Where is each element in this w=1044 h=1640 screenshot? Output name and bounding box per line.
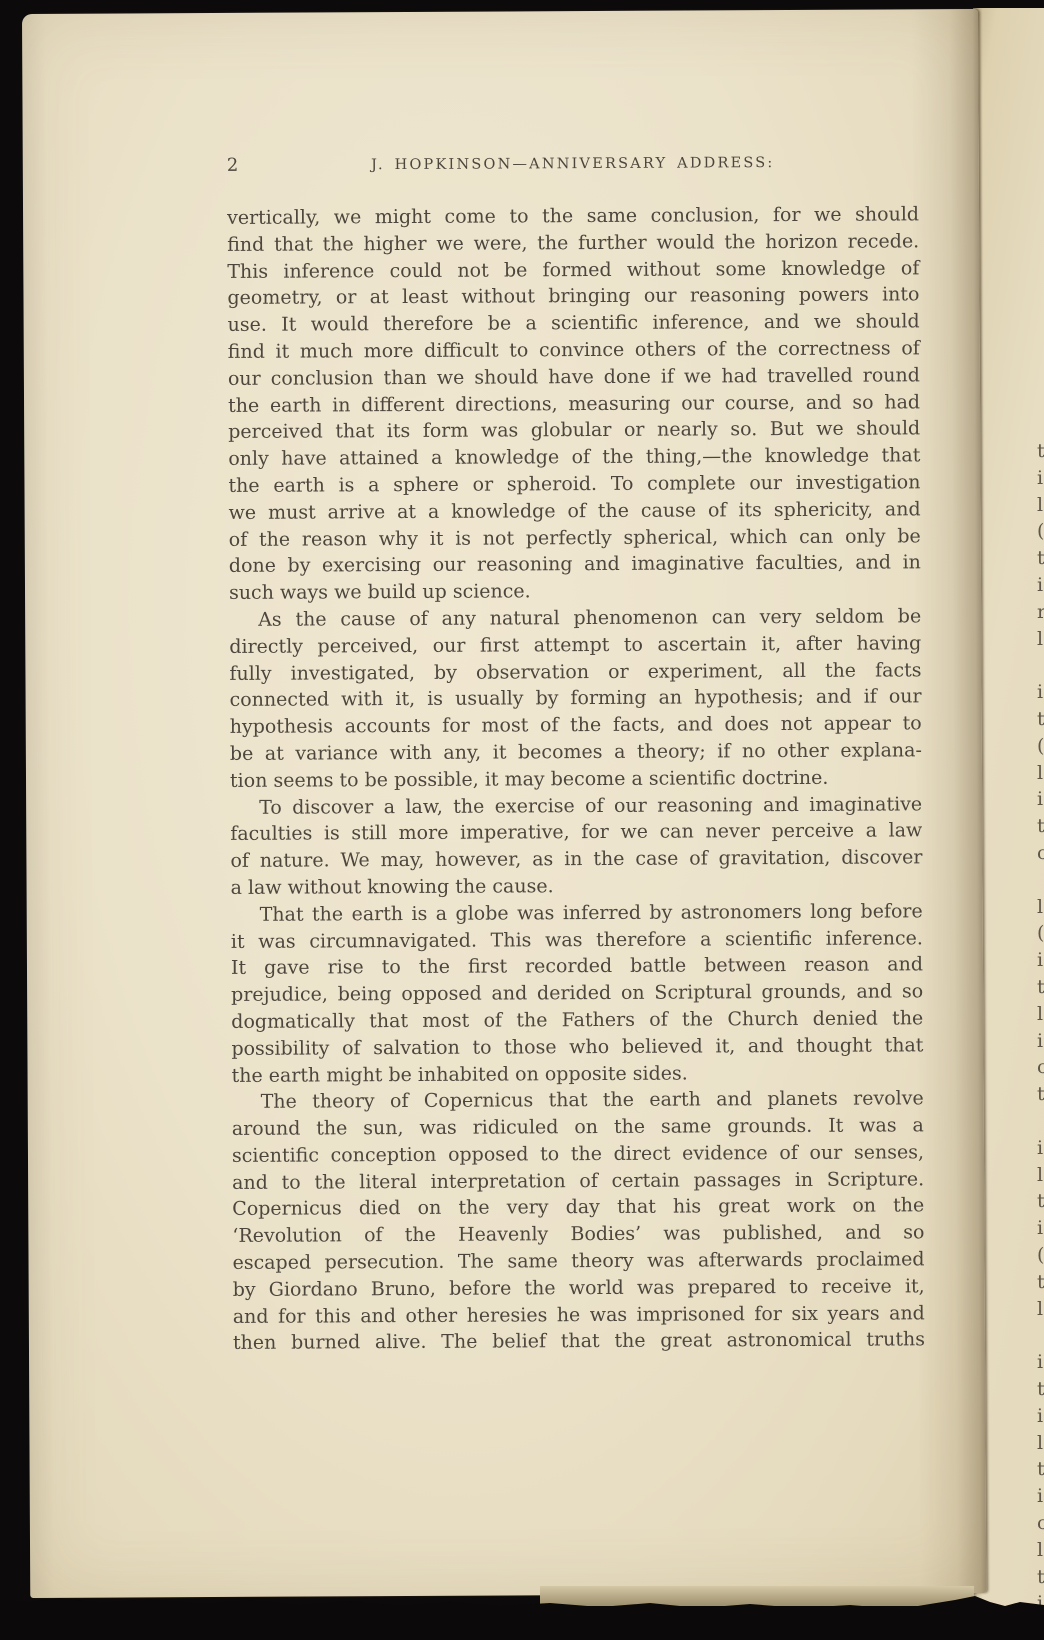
text-line: hypothesis accounts for most of the fact…	[230, 710, 922, 740]
text-line: It gave rise to the first recorded battl…	[231, 952, 923, 982]
edge-fragment-letter: t	[1037, 1568, 1044, 1587]
edge-fragment-letter: l	[1037, 1166, 1043, 1185]
text-line: That the earth is a globe was inferred b…	[231, 898, 923, 928]
text-line: scientific conception opposed to the dir…	[232, 1139, 924, 1169]
edge-fragment-letter: i	[1037, 790, 1043, 809]
text-line: Copernicus died on the very day that his…	[232, 1193, 924, 1223]
edge-fragment-letter: l	[1037, 898, 1043, 917]
edge-fragment-letter: t	[1037, 1460, 1044, 1479]
text-line: our conclusion than we should have done …	[228, 362, 920, 392]
page-header: 2 J. HOPKINSON—ANNIVERSARY ADDRESS:	[227, 151, 919, 179]
edge-fragment-letter: t	[1037, 978, 1044, 997]
text-line: ‘Revolution of the Heavenly Bodies’ was …	[232, 1220, 924, 1250]
text-line: around the sun, was ridiculed on the sam…	[232, 1112, 924, 1142]
edge-fragment-letter: (	[1037, 1246, 1044, 1265]
edge-fragment-letter: i	[1037, 1219, 1043, 1238]
edge-fragment-letter: t	[1037, 442, 1044, 461]
edge-fragment-letter: i	[1037, 683, 1043, 702]
edge-fragment-letter: t	[1037, 1085, 1044, 1104]
text-line: To discover a law, the exercise of our r…	[230, 791, 922, 821]
edge-fragment-letter: (	[1037, 737, 1044, 756]
facing-page-text-fragments: til(tirlit(litcl(itlictilti(tlitilticlti	[1037, 0, 1044, 1640]
text-line: use. It would therefore be a scientific …	[228, 308, 920, 338]
text-line: dogmatically that most of the Fathers of…	[231, 1005, 923, 1035]
text-line: perceived that its form was globular or …	[228, 416, 920, 446]
text-line: and for this and other heresies he was i…	[233, 1300, 925, 1330]
edge-fragment-letter: l	[1037, 1541, 1043, 1560]
text-line: find that the higher we were, the furthe…	[227, 228, 919, 258]
text-line: done by exercising our reasoning and ima…	[229, 550, 921, 580]
text-line: and to the literal interpretation of cer…	[232, 1166, 924, 1196]
edge-fragment-letter: l	[1037, 630, 1043, 649]
edge-fragment-letter: i	[1037, 1407, 1043, 1426]
text-line: a law without knowing the cause.	[231, 871, 923, 901]
text-line: This inference could not be formed witho…	[227, 255, 919, 285]
text-line: tion seems to be possible, it may become…	[230, 764, 922, 794]
text-line: The theory of Copernicus that the earth …	[232, 1086, 924, 1116]
text-line: the earth in different directions, measu…	[228, 389, 920, 419]
edge-fragment-letter: c	[1037, 1058, 1044, 1077]
running-title: J. HOPKINSON—ANNIVERSARY ADDRESS:	[227, 154, 919, 174]
edge-fragment-letter: t	[1037, 1273, 1044, 1292]
page-block-deckle-edge	[540, 1586, 974, 1606]
edge-fragment-letter: c	[1037, 1514, 1044, 1533]
scanned-book-photo: { "colors": { "background": "#0c0a0b", "…	[0, 0, 1044, 1640]
edge-fragment-letter: i	[1037, 1032, 1043, 1051]
text-line: fully investigated, by observation or ex…	[229, 657, 921, 687]
text-line: such ways we build up science.	[229, 576, 921, 606]
text-line: connected with it, is usually by forming…	[230, 684, 922, 714]
book-page: 2 J. HOPKINSON—ANNIVERSARY ADDRESS: vert…	[22, 9, 986, 1598]
text-line: geometry, or at least without bringing o…	[227, 282, 919, 312]
text-line: prejudice, being opposed and derided on …	[231, 978, 923, 1008]
edge-fragment-letter: c	[1037, 844, 1044, 863]
edge-fragment-letter: i	[1037, 1139, 1043, 1158]
edge-fragment-letter: i	[1037, 951, 1043, 970]
edge-fragment-letter: t	[1037, 549, 1044, 568]
edge-fragment-letter: l	[1037, 764, 1043, 783]
body-text: vertically, we might come to the same co…	[227, 201, 925, 1357]
text-line: it was circumnavigated. This was therefo…	[231, 925, 923, 955]
edge-fragment-letter: i	[1037, 469, 1043, 488]
text-line: then burned alive. The belief that the g…	[233, 1327, 925, 1357]
text-line: be at variance with any, it becomes a th…	[230, 737, 922, 767]
edge-fragment-letter: t	[1037, 1192, 1044, 1211]
text-line: only have attained a knowledge of the th…	[228, 442, 920, 472]
edge-fragment-letter: t	[1037, 1380, 1044, 1399]
edge-fragment-letter: t	[1037, 817, 1044, 836]
edge-fragment-letter: i	[1037, 1353, 1043, 1372]
text-line: the earth might be inhabited on opposite…	[231, 1059, 923, 1089]
text-line: vertically, we might come to the same co…	[227, 201, 919, 231]
text-line: the earth is a sphere or spheroid. To co…	[228, 469, 920, 499]
text-line: directly perceived, our first attempt to…	[229, 630, 921, 660]
edge-fragment-letter: r	[1037, 603, 1044, 622]
edge-fragment-letter: i	[1037, 576, 1043, 595]
edge-fragment-letter: l	[1037, 1434, 1043, 1453]
text-line: find it much more difficult to convince …	[228, 335, 920, 365]
text-line: of the reason why it is not perfectly sp…	[229, 523, 921, 553]
edge-fragment-letter: t	[1037, 710, 1044, 729]
edge-fragment-letter: l	[1037, 496, 1043, 515]
edge-fragment-letter: l	[1037, 1005, 1043, 1024]
edge-fragment-letter: (	[1037, 522, 1044, 541]
text-line: As the cause of any natural phenomenon c…	[229, 603, 921, 633]
text-line: of nature. We may, however, as in the ca…	[230, 844, 922, 874]
text-line: possibility of salvation to those who be…	[231, 1032, 923, 1062]
edge-fragment-letter: i	[1037, 1487, 1043, 1506]
text-line: faculties is still more imperative, for …	[230, 818, 922, 848]
text-line: by Giordano Bruno, before the world was …	[233, 1273, 925, 1303]
text-line: we must arrive at a knowledge of the cau…	[229, 496, 921, 526]
edge-fragment-letter: (	[1037, 924, 1044, 943]
edge-fragment-letter: l	[1037, 1300, 1043, 1319]
text-line: escaped persecution. The same theory was…	[232, 1246, 924, 1276]
